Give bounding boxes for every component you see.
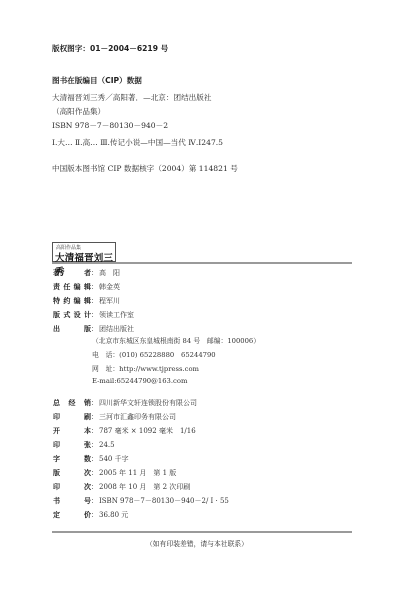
info-row: 责任编辑：韩金英 [53, 282, 120, 292]
row-value: 领读工作室 [99, 310, 134, 320]
row-value: 高 阳 [99, 268, 120, 278]
row-value: 团结出版社 [99, 324, 134, 334]
row-value: 2005 年 11 月 第 1 版 [99, 468, 176, 478]
row-label: 特约编辑 [53, 296, 91, 306]
row-value: 三河市汇鑫印务有限公司 [99, 412, 176, 422]
row-value: ISBN 978－7－80130－940－2/ I · 55 [99, 496, 229, 506]
cip-record: 中国版本图书馆 CIP 数据核字（2004）第 114821 号 [52, 163, 238, 174]
errata-notice: （如有印装差错，请与本社联系） [0, 538, 394, 548]
row-value: 540 千字 [99, 454, 129, 464]
row-value: 787 毫米 × 1092 毫米 1/16 [99, 426, 196, 436]
row-label: 著者 [53, 268, 91, 278]
info-row: 定价：36.80 元 [53, 510, 128, 520]
row-label: 印张 [53, 440, 91, 450]
row-value: 程军川 [99, 296, 120, 306]
cip-line: （高阳作品集） [52, 106, 105, 117]
series-label-box: 高阳作品集 大清福晋刘三秀 [52, 242, 116, 262]
publisher-detail-line: 电 话：(010) 65228880 65244790 [92, 349, 216, 359]
info-row: 字数：540 千字 [53, 454, 129, 464]
row-value: 36.80 元 [99, 510, 128, 520]
bottom-divider [52, 531, 352, 533]
row-label: 书号 [53, 496, 91, 506]
row-label: 字数 [53, 454, 91, 464]
info-row: 印刷：三河市汇鑫印务有限公司 [53, 412, 176, 422]
info-row: 书号：ISBN 978－7－80130－940－2/ I · 55 [53, 496, 229, 506]
row-label: 版次 [53, 468, 91, 478]
row-label: 印次 [53, 482, 91, 492]
row-value: 2008 年 10 月 第 2 次印刷 [99, 482, 190, 492]
copyright-registration: 版权图字：01－2004－6219 号 [52, 43, 168, 54]
publisher-detail-line: 网 址：http://www.tjpress.com [92, 363, 199, 373]
info-row: 印张：24.5 [53, 440, 115, 450]
row-label: 总经销 [53, 398, 91, 408]
info-row: 著者：高 阳 [53, 268, 120, 278]
cip-heading: 图书在版编目（CIP）数据 [52, 75, 142, 86]
top-divider [52, 262, 352, 264]
info-row: 特约编辑：程军川 [53, 296, 120, 306]
row-label: 出版 [53, 324, 91, 334]
info-row: 出版：团结出版社 [53, 324, 134, 334]
info-row: 版式设计：领读工作室 [53, 310, 134, 320]
info-row: 印次：2008 年 10 月 第 2 次印刷 [53, 482, 190, 492]
publisher-detail-line: E-mail:65244790@163.com [92, 377, 187, 385]
cip-line: 大清福晋刘三秀／高阳著．—北京：团结出版社 [52, 92, 211, 103]
row-value: 24.5 [99, 441, 115, 449]
row-label: 印刷 [53, 412, 91, 422]
row-value: 韩金英 [99, 282, 120, 292]
info-row: 版次：2005 年 11 月 第 1 版 [53, 468, 176, 478]
row-label: 定价 [53, 510, 91, 520]
info-row: 开本：787 毫米 × 1092 毫米 1/16 [53, 426, 196, 436]
cip-line: ISBN 978－7－80130－940－2 [52, 120, 168, 131]
info-row: 总经销：四川新华文轩连锁股份有限公司 [53, 398, 197, 408]
row-label: 版式设计 [53, 310, 91, 320]
publisher-detail-line: （北京市东城区东皇城根南街 84 号 邮编：100006） [92, 335, 260, 345]
cip-classification: Ⅰ.大… Ⅱ.高… Ⅲ.传记小说—中国—当代 Ⅳ.I247.5 [52, 137, 223, 148]
row-label: 责任编辑 [53, 282, 91, 292]
row-value: 四川新华文轩连锁股份有限公司 [99, 398, 197, 408]
row-label: 开本 [53, 426, 91, 436]
